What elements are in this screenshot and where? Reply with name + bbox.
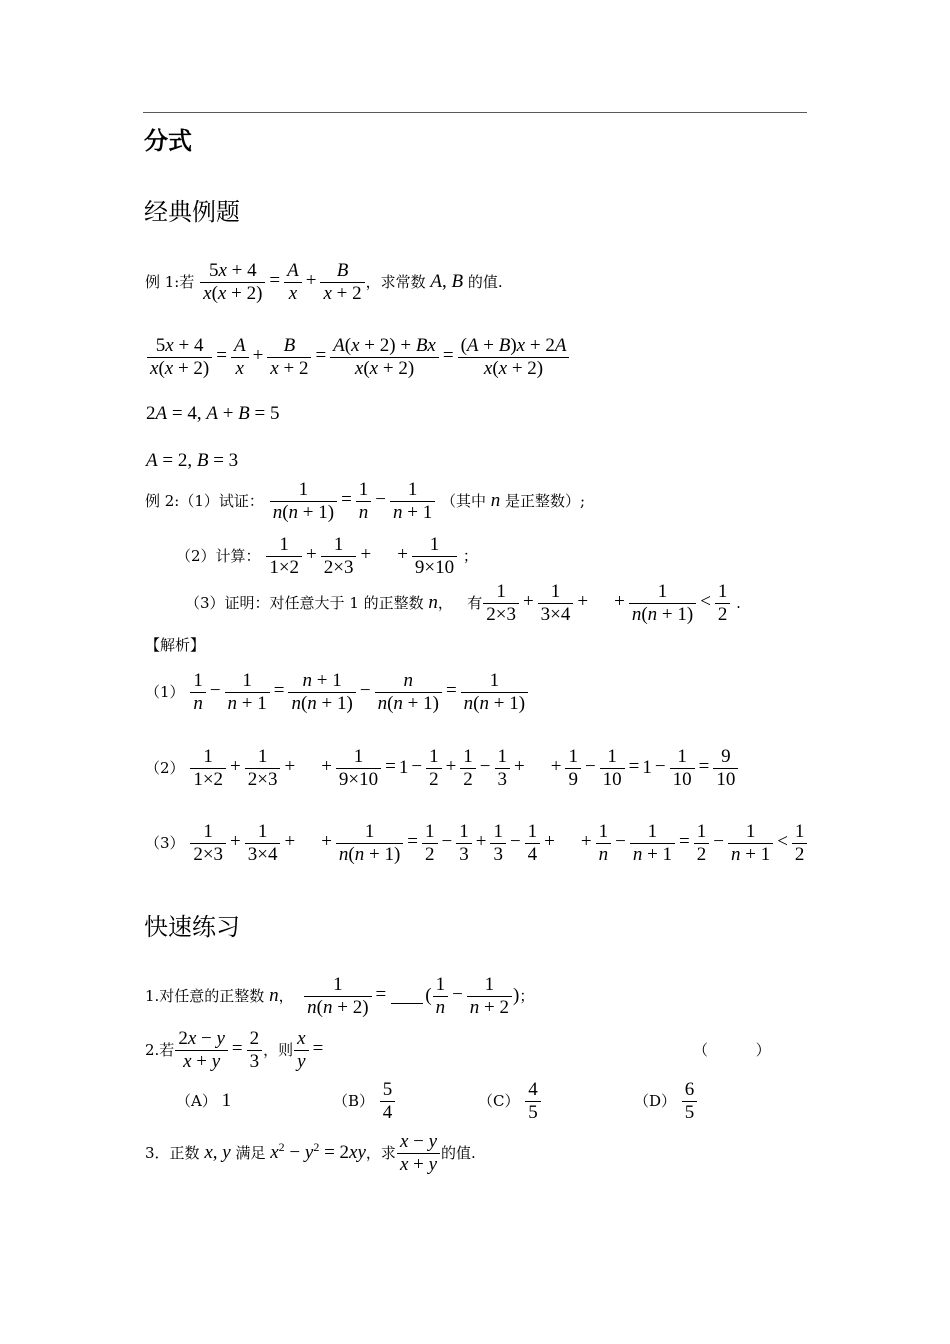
fraction-numerator: x bbox=[294, 1028, 308, 1051]
math-variable: n bbox=[470, 997, 480, 1018]
math-variable: B bbox=[337, 260, 349, 281]
math-operator: + bbox=[473, 832, 490, 852]
fraction-denominator: 9×10 bbox=[412, 557, 457, 579]
text-run: ，则 bbox=[263, 1042, 293, 1058]
math-variable: n bbox=[648, 604, 658, 625]
fraction-denominator: n + 1 bbox=[390, 502, 435, 524]
math-variable: A bbox=[333, 335, 345, 356]
text-run: 2.若 bbox=[145, 1042, 174, 1058]
text-run: 例 2:（1）试证： bbox=[145, 493, 269, 509]
text-run: （B） bbox=[333, 1093, 379, 1109]
math-variable: y bbox=[429, 1131, 437, 1152]
math-variable: n bbox=[393, 693, 403, 714]
fraction-numerator: 1 bbox=[412, 534, 457, 557]
text-run: （1） bbox=[145, 684, 189, 700]
math-operator: < bbox=[774, 832, 791, 852]
fraction-denominator: 2×3 bbox=[321, 557, 357, 579]
fraction-denominator: 5 bbox=[682, 1102, 698, 1124]
math-operator: + bbox=[281, 757, 298, 777]
fraction-numerator: 1 bbox=[422, 821, 438, 844]
math-variable: n bbox=[303, 670, 313, 691]
math-variable: y bbox=[357, 1142, 365, 1163]
fraction: 1n + 2 bbox=[467, 974, 512, 1019]
text-run: （2） bbox=[145, 760, 189, 776]
fraction: Bx + 2 bbox=[267, 335, 311, 380]
fraction: 1n(n + 1) bbox=[629, 581, 696, 626]
fraction: 12 bbox=[422, 821, 438, 866]
math-variable: A bbox=[206, 403, 218, 424]
math-operator: = bbox=[382, 757, 399, 777]
fraction: 19 bbox=[565, 746, 581, 791]
fraction-numerator: 1 bbox=[490, 821, 506, 844]
math-expression: n bbox=[428, 593, 438, 613]
math-variable: n bbox=[307, 997, 317, 1018]
math-variable: x bbox=[355, 358, 363, 379]
fraction-denominator: n(n + 1) bbox=[270, 502, 337, 524]
answer-blank bbox=[391, 989, 423, 1004]
fraction: 13 bbox=[490, 821, 506, 866]
math-variable: n bbox=[633, 844, 643, 865]
fraction-denominator: 4 bbox=[380, 1102, 396, 1124]
math-variable: B bbox=[416, 335, 428, 356]
math-variable: A bbox=[555, 335, 567, 356]
fraction-denominator: x bbox=[231, 358, 249, 380]
fraction: 1n(n + 1) bbox=[461, 670, 528, 715]
fraction: 65 bbox=[682, 1079, 698, 1124]
math-variable: x bbox=[188, 1028, 196, 1049]
fraction: nn(n + 1) bbox=[375, 670, 442, 715]
math-variable: n bbox=[269, 985, 279, 1006]
fraction-denominator: 2 bbox=[792, 844, 808, 866]
math-operator: + bbox=[303, 545, 320, 565]
fraction-denominator: 4 bbox=[525, 844, 541, 866]
fraction-denominator: 2×3 bbox=[190, 844, 226, 866]
fraction-numerator: 5 bbox=[380, 1079, 396, 1102]
math-variable: x bbox=[400, 1154, 408, 1175]
fraction-denominator: x(x + 2) bbox=[330, 358, 439, 380]
math-variable: x bbox=[218, 260, 226, 281]
fraction: 13 bbox=[456, 821, 472, 866]
math-variable: y bbox=[429, 1154, 437, 1175]
math-variable: n bbox=[291, 693, 301, 714]
fraction-numerator: 1 bbox=[456, 821, 472, 844]
math-variable: x bbox=[165, 335, 173, 356]
fraction: 1n bbox=[356, 479, 372, 524]
analysis-label: 【解析】 bbox=[145, 637, 205, 653]
math-variable: n bbox=[436, 997, 446, 1018]
math-variable: n bbox=[632, 604, 642, 625]
math-variable: x bbox=[370, 358, 378, 379]
fraction-denominator: n bbox=[356, 502, 372, 524]
fraction-numerator: 1 bbox=[336, 746, 381, 769]
fraction-numerator: 1 bbox=[630, 821, 675, 844]
fraction: 1n bbox=[596, 821, 612, 866]
fraction: 12×3 bbox=[483, 581, 519, 626]
fraction-numerator: 1 bbox=[461, 670, 528, 693]
fraction: 12×3 bbox=[245, 746, 281, 791]
math-operator: − bbox=[357, 681, 374, 701]
math-operator: + bbox=[281, 832, 298, 852]
fraction: 5x + 4x(x + 2) bbox=[200, 260, 265, 305]
fraction-numerator: 2 bbox=[247, 1028, 263, 1051]
math-expression: x2 − y2 = 2xy bbox=[270, 1143, 366, 1163]
math-variable: B bbox=[451, 271, 463, 292]
fraction: 1n bbox=[190, 670, 206, 715]
fraction-denominator: 2 bbox=[460, 769, 476, 791]
math-variable: y bbox=[297, 1051, 305, 1072]
fraction-denominator: 3×4 bbox=[538, 604, 574, 626]
fraction-denominator: n + 1 bbox=[630, 844, 675, 866]
fraction: 12×3 bbox=[321, 534, 357, 579]
math-operator: − bbox=[408, 757, 425, 777]
fraction-denominator: 3 bbox=[456, 844, 472, 866]
math-expression: n bbox=[269, 986, 279, 1006]
fraction-denominator: 3 bbox=[490, 844, 506, 866]
math-expression: 2A = 4, A + B = 5 bbox=[146, 404, 279, 424]
fraction: n + 1n(n + 1) bbox=[288, 670, 355, 715]
fraction-denominator: x(x + 2) bbox=[147, 358, 212, 380]
fraction-denominator: n + 2 bbox=[467, 997, 512, 1019]
fraction-numerator: 1 bbox=[792, 821, 808, 844]
fraction-denominator: x bbox=[284, 283, 302, 305]
fraction: 13 bbox=[495, 746, 511, 791]
fraction-denominator: n(n + 1) bbox=[288, 693, 355, 715]
fraction-denominator: 2×3 bbox=[483, 604, 519, 626]
math-operator: + bbox=[394, 545, 411, 565]
math-operator: = bbox=[312, 346, 329, 366]
math-variable: y bbox=[222, 1142, 230, 1163]
math-variable: A bbox=[146, 450, 158, 471]
fraction: 1n + 1 bbox=[225, 670, 270, 715]
fraction-denominator: n bbox=[596, 844, 612, 866]
math-variable: x bbox=[351, 335, 359, 356]
fraction-numerator: 1 bbox=[304, 974, 371, 997]
fraction-numerator: 1 bbox=[266, 534, 302, 557]
fraction-numerator: 1 bbox=[433, 974, 449, 997]
text-run: （D） bbox=[634, 1093, 681, 1109]
math-variable: n bbox=[307, 693, 317, 714]
fraction-denominator: n(n + 1) bbox=[629, 604, 696, 626]
fraction-numerator: 1 bbox=[600, 746, 625, 769]
fraction: 12 bbox=[694, 821, 710, 866]
fraction: 11×2 bbox=[266, 534, 302, 579]
fraction-denominator: n(n + 1) bbox=[375, 693, 442, 715]
fraction: 12×3 bbox=[190, 821, 226, 866]
fraction-numerator: 1 bbox=[190, 746, 226, 769]
fraction: 2x − yx + y bbox=[175, 1028, 228, 1073]
math-operator: + bbox=[511, 757, 528, 777]
math-operator: = bbox=[213, 346, 230, 366]
text-run: （其中 bbox=[436, 493, 491, 509]
math-operator: + bbox=[318, 757, 335, 777]
math-variable: n bbox=[404, 670, 414, 691]
fraction: 19×10 bbox=[336, 746, 381, 791]
fraction-numerator: 1 bbox=[245, 746, 281, 769]
text-run: ， bbox=[279, 988, 304, 1004]
fraction-numerator: (A + B)x + 2A bbox=[458, 335, 570, 358]
math-operator: = bbox=[696, 757, 713, 777]
math-operator: = bbox=[229, 1039, 246, 1059]
math-operator: = bbox=[440, 346, 457, 366]
fraction: 1n(n + 2) bbox=[304, 974, 371, 1019]
math-variable: x bbox=[427, 335, 435, 356]
section-heading-classic-examples: 经典例题 bbox=[144, 199, 240, 225]
math-operator: + bbox=[578, 832, 595, 852]
math-expression: ( bbox=[425, 986, 431, 1006]
fraction-denominator: x + 2 bbox=[267, 358, 311, 380]
fraction: 1n bbox=[433, 974, 449, 1019]
math-variable: x bbox=[150, 358, 158, 379]
math-variable: x bbox=[323, 283, 331, 304]
fraction-numerator: 1 bbox=[629, 581, 696, 604]
math-operator: = bbox=[443, 681, 460, 701]
math-expression: x, y bbox=[204, 1143, 230, 1163]
math-expression: A, B bbox=[430, 272, 463, 292]
math-variable: n bbox=[289, 502, 299, 523]
fraction-numerator: n bbox=[375, 670, 442, 693]
math-variable: x bbox=[289, 283, 297, 304]
math-operator: = bbox=[626, 757, 643, 777]
text-run: （ ） bbox=[693, 1042, 771, 1058]
fraction-numerator: 1 bbox=[321, 534, 357, 557]
fraction: 14 bbox=[525, 821, 541, 866]
math-operator: + bbox=[520, 592, 537, 612]
fraction-numerator: 1 bbox=[460, 746, 476, 769]
math-expression: 1 bbox=[222, 1091, 232, 1111]
fraction-denominator: n(n + 1) bbox=[461, 693, 528, 715]
math-operator: − bbox=[439, 832, 456, 852]
math-operator: − bbox=[207, 681, 224, 701]
text-run: ，求常数 bbox=[366, 274, 431, 290]
fraction-numerator: 5x + 4 bbox=[200, 260, 265, 283]
text-run: （3） bbox=[145, 835, 189, 851]
fraction-numerator: B bbox=[267, 335, 311, 358]
math-variable: x bbox=[165, 358, 173, 379]
fraction: (A + B)x + 2Ax(x + 2) bbox=[458, 335, 570, 380]
fraction-numerator: 1 bbox=[538, 581, 574, 604]
math-variable: n bbox=[464, 693, 474, 714]
fraction-numerator: 1 bbox=[225, 670, 270, 693]
fraction-numerator: 1 bbox=[245, 821, 281, 844]
fraction-denominator: x(x + 2) bbox=[458, 358, 570, 380]
omitted-terms-gap bbox=[298, 768, 318, 769]
fraction-numerator: 1 bbox=[483, 581, 519, 604]
fraction: 12 bbox=[715, 581, 731, 626]
math-operator: + bbox=[541, 832, 558, 852]
text-run: ， 有 bbox=[438, 595, 482, 611]
math-operator: − bbox=[477, 757, 494, 777]
fraction-numerator: x − y bbox=[397, 1131, 440, 1154]
math-variable: y bbox=[212, 1051, 220, 1072]
math-variable: n bbox=[731, 844, 741, 865]
fraction-numerator: A(x + 2) + Bx bbox=[330, 335, 439, 358]
fraction: Ax bbox=[284, 260, 302, 305]
math-variable: x bbox=[297, 1028, 305, 1049]
fraction-numerator: 9 bbox=[713, 746, 738, 769]
math-variable: n bbox=[378, 693, 388, 714]
math-operator: − bbox=[612, 832, 629, 852]
fraction-denominator: 10 bbox=[600, 769, 625, 791]
math-variable: x bbox=[203, 283, 211, 304]
fraction-denominator: 10 bbox=[670, 769, 695, 791]
fraction-denominator: 10 bbox=[713, 769, 738, 791]
math-operator: = bbox=[676, 832, 693, 852]
text-run: 3．正数 bbox=[145, 1145, 204, 1161]
fraction-numerator: 1 bbox=[467, 974, 512, 997]
text-run: 满足 bbox=[231, 1145, 271, 1161]
fraction-numerator: 4 bbox=[525, 1079, 541, 1102]
text-run: ； bbox=[519, 988, 534, 1004]
text-run: ； bbox=[458, 548, 478, 564]
math-variable: n bbox=[355, 844, 365, 865]
text-run: （2）计算： bbox=[176, 548, 265, 564]
fraction-numerator: 1 bbox=[728, 821, 773, 844]
fraction-numerator: 6 bbox=[682, 1079, 698, 1102]
math-variable: x bbox=[499, 358, 507, 379]
fraction-numerator: B bbox=[320, 260, 364, 283]
math-operator: + bbox=[303, 271, 320, 291]
fraction-numerator: A bbox=[231, 335, 249, 358]
math-operator: + bbox=[443, 757, 460, 777]
math-operator: + bbox=[548, 757, 565, 777]
fraction: 13×4 bbox=[538, 581, 574, 626]
omitted-terms-gap bbox=[374, 556, 394, 557]
math-variable: n bbox=[273, 502, 283, 523]
math-operator: − bbox=[449, 985, 466, 1005]
fraction: 45 bbox=[525, 1079, 541, 1124]
fraction-denominator: 2 bbox=[715, 604, 731, 626]
fraction-denominator: x + y bbox=[397, 1154, 440, 1176]
fraction-numerator: 1 bbox=[426, 746, 442, 769]
fraction-denominator: n bbox=[433, 997, 449, 1019]
math-operator: < bbox=[697, 592, 714, 612]
fraction-denominator: 2 bbox=[694, 844, 710, 866]
fraction: 12 bbox=[792, 821, 808, 866]
fraction: 12 bbox=[460, 746, 476, 791]
math-variable: n bbox=[599, 844, 609, 865]
fraction-denominator: 1×2 bbox=[266, 557, 302, 579]
fraction-denominator: n(n + 2) bbox=[304, 997, 371, 1019]
math-variable: n bbox=[359, 502, 369, 523]
text-run: 的值. bbox=[441, 1145, 476, 1161]
fraction-denominator: n + 1 bbox=[728, 844, 773, 866]
fraction: 1n + 1 bbox=[390, 479, 435, 524]
fraction: 1n(n + 1) bbox=[270, 479, 337, 524]
math-variable: B bbox=[499, 335, 511, 356]
fraction-denominator: 2 bbox=[422, 844, 438, 866]
fraction-numerator: 1 bbox=[694, 821, 710, 844]
text-run: ，求 bbox=[366, 1145, 396, 1161]
math-operator: + bbox=[574, 592, 591, 612]
math-expression: 1 bbox=[399, 758, 409, 778]
fraction-denominator: n bbox=[190, 693, 206, 715]
fraction: 23 bbox=[247, 1028, 263, 1073]
text-run: 1.对任意的正整数 bbox=[145, 988, 269, 1004]
math-operator: = bbox=[338, 490, 355, 510]
math-variable: B bbox=[284, 335, 296, 356]
omitted-terms-gap bbox=[591, 603, 611, 604]
math-variable: A bbox=[156, 403, 168, 424]
math-operator: + bbox=[318, 832, 335, 852]
fraction-denominator: 1×2 bbox=[190, 769, 226, 791]
omitted-terms-gap bbox=[528, 768, 548, 769]
fraction: x − yx + y bbox=[397, 1131, 440, 1176]
math-variable: n bbox=[393, 502, 403, 523]
math-variable: A bbox=[430, 271, 442, 292]
math-variable: n bbox=[193, 693, 203, 714]
text-run: 是正整数）; bbox=[500, 493, 585, 509]
fraction-denominator: n + 1 bbox=[225, 693, 270, 715]
text-run: （C） bbox=[478, 1093, 524, 1109]
fraction-numerator: 1 bbox=[390, 479, 435, 502]
math-variable: x bbox=[400, 1131, 408, 1152]
fraction-numerator: 1 bbox=[356, 479, 372, 502]
math-variable: x bbox=[204, 1142, 212, 1163]
fraction-denominator: 5 bbox=[525, 1102, 541, 1124]
fraction: 1n + 1 bbox=[630, 821, 675, 866]
math-operator: = bbox=[373, 985, 390, 1005]
exponent: 2 bbox=[313, 1140, 319, 1154]
fraction: A(x + 2) + Bxx(x + 2) bbox=[330, 335, 439, 380]
fraction-denominator: 3 bbox=[247, 1051, 263, 1073]
page-title: 分式 bbox=[144, 128, 192, 154]
fraction-numerator: 1 bbox=[715, 581, 731, 604]
math-expression: A = 2, B = 3 bbox=[146, 451, 238, 471]
fraction-numerator: 1 bbox=[336, 821, 403, 844]
math-variable: x bbox=[236, 358, 244, 379]
math-operator: − bbox=[507, 832, 524, 852]
fraction: 1n + 1 bbox=[728, 821, 773, 866]
fraction-numerator: n + 1 bbox=[288, 670, 355, 693]
fraction-denominator: y bbox=[294, 1051, 308, 1073]
text-run: 例 1:若 bbox=[145, 274, 199, 290]
math-variable: x bbox=[218, 283, 226, 304]
fraction-numerator: 1 bbox=[495, 746, 511, 769]
fraction-denominator: 3 bbox=[495, 769, 511, 791]
fraction-numerator: 1 bbox=[270, 479, 337, 502]
math-variable: B bbox=[238, 403, 250, 424]
fraction-denominator: 2×3 bbox=[245, 769, 281, 791]
text-run: （3）证明：对任意大于 1 的正整数 bbox=[185, 595, 428, 611]
fraction: 1n(n + 1) bbox=[336, 821, 403, 866]
fraction-numerator: 1 bbox=[670, 746, 695, 769]
fraction: 110 bbox=[600, 746, 625, 791]
math-variable: n bbox=[228, 693, 238, 714]
math-variable: B bbox=[197, 450, 209, 471]
fraction: 110 bbox=[670, 746, 695, 791]
header-rule bbox=[143, 112, 807, 113]
fraction-denominator: n(n + 1) bbox=[336, 844, 403, 866]
math-variable: A bbox=[234, 335, 246, 356]
text-run: . bbox=[731, 595, 741, 611]
math-variable: x bbox=[183, 1051, 191, 1072]
fraction: 54 bbox=[380, 1079, 396, 1124]
fraction: 910 bbox=[713, 746, 738, 791]
fraction-denominator: 2 bbox=[426, 769, 442, 791]
fraction: 19×10 bbox=[412, 534, 457, 579]
fraction-numerator: 1 bbox=[565, 746, 581, 769]
fraction-denominator: 9×10 bbox=[336, 769, 381, 791]
math-variable: x bbox=[270, 358, 278, 379]
fraction-denominator: 3×4 bbox=[245, 844, 281, 866]
fraction-numerator: A bbox=[284, 260, 302, 283]
fraction-numerator: 1 bbox=[525, 821, 541, 844]
math-operator: − bbox=[652, 757, 669, 777]
fraction-numerator: 1 bbox=[190, 670, 206, 693]
text-run: 的值. bbox=[463, 274, 503, 290]
math-variable: x bbox=[270, 1142, 278, 1163]
math-variable: x bbox=[484, 358, 492, 379]
